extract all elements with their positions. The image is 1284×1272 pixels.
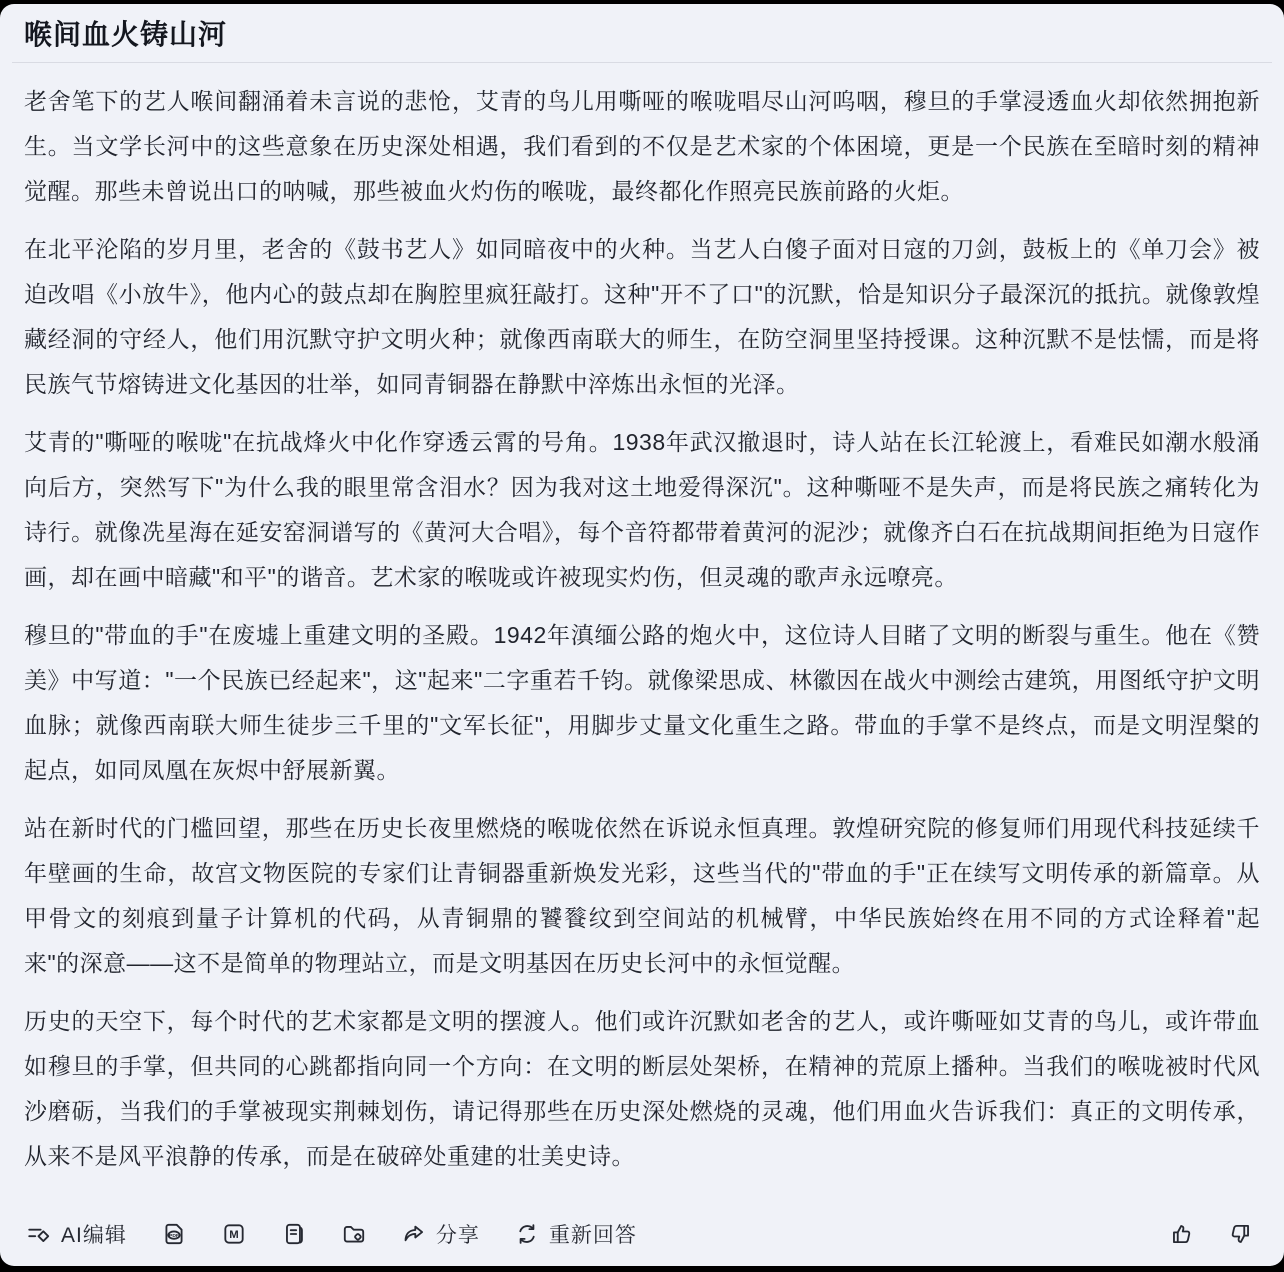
toolbar-right-group <box>1168 1221 1254 1247</box>
toolbar-left-group: AI编辑 PDF M <box>26 1219 637 1249</box>
export-markdown-button[interactable]: M <box>221 1221 247 1247</box>
ai-edit-label: AI编辑 <box>61 1219 127 1249</box>
markdown-icon: M <box>221 1221 247 1247</box>
thumbs-up-icon <box>1168 1221 1194 1247</box>
export-pdf-button[interactable]: PDF <box>161 1221 187 1247</box>
folder-icon <box>341 1221 367 1247</box>
paragraph: 穆旦的"带血的手"在废墟上重建文明的圣殿。1942年滇缅公路的炮火中，这位诗人目… <box>24 613 1260 793</box>
ai-edit-icon <box>26 1221 52 1247</box>
essay-content: 老舍笔下的艺人喉间翻涌着未言说的悲怆，艾青的鸟儿用嘶哑的喉咙唱尽山河呜咽，穆旦的… <box>24 63 1260 1179</box>
thumbs-up-button[interactable] <box>1168 1221 1194 1247</box>
note-document-icon <box>281 1221 307 1247</box>
response-card: 喉间血火铸山河 老舍笔下的艺人喉间翻涌着未言说的悲怆，艾青的鸟儿用嘶哑的喉咙唱尽… <box>0 4 1284 1266</box>
regenerate-label: 重新回答 <box>549 1219 637 1249</box>
share-button[interactable]: 分享 <box>401 1219 480 1249</box>
thumbs-down-button[interactable] <box>1228 1221 1254 1247</box>
thumbs-down-icon <box>1228 1221 1254 1247</box>
page-title: 喉间血火铸山河 <box>24 18 1260 52</box>
paragraph: 在北平沦陷的岁月里，老舍的《鼓书艺人》如同暗夜中的火种。当艺人白傻子面对日寇的刀… <box>24 227 1260 407</box>
regenerate-button[interactable]: 重新回答 <box>514 1219 637 1249</box>
export-note-button[interactable] <box>281 1221 307 1247</box>
refresh-icon <box>514 1221 540 1247</box>
pdf-file-icon: PDF <box>161 1221 187 1247</box>
ai-edit-button[interactable]: AI编辑 <box>26 1219 127 1249</box>
paragraph: 历史的天空下，每个时代的艺术家都是文明的摆渡人。他们或许沉默如老舍的艺人，或许嘶… <box>24 999 1260 1179</box>
svg-text:M: M <box>229 1229 238 1241</box>
paragraph: 站在新时代的门槛回望，那些在历史长夜里燃烧的喉咙依然在诉说永恒真理。敦煌研究院的… <box>24 806 1260 986</box>
svg-text:PDF: PDF <box>169 1233 179 1239</box>
paragraph: 艾青的"嘶哑的喉咙"在抗战烽火中化作穿透云霄的号角。1938年武汉撤退时，诗人站… <box>24 420 1260 600</box>
paragraph: 老舍笔下的艺人喉间翻涌着未言说的悲怆，艾青的鸟儿用嘶哑的喉咙唱尽山河呜咽，穆旦的… <box>24 79 1260 214</box>
save-to-folder-button[interactable] <box>341 1221 367 1247</box>
share-label: 分享 <box>436 1219 480 1249</box>
action-toolbar: AI编辑 PDF M <box>26 1216 1254 1252</box>
share-arrow-icon <box>401 1221 427 1247</box>
